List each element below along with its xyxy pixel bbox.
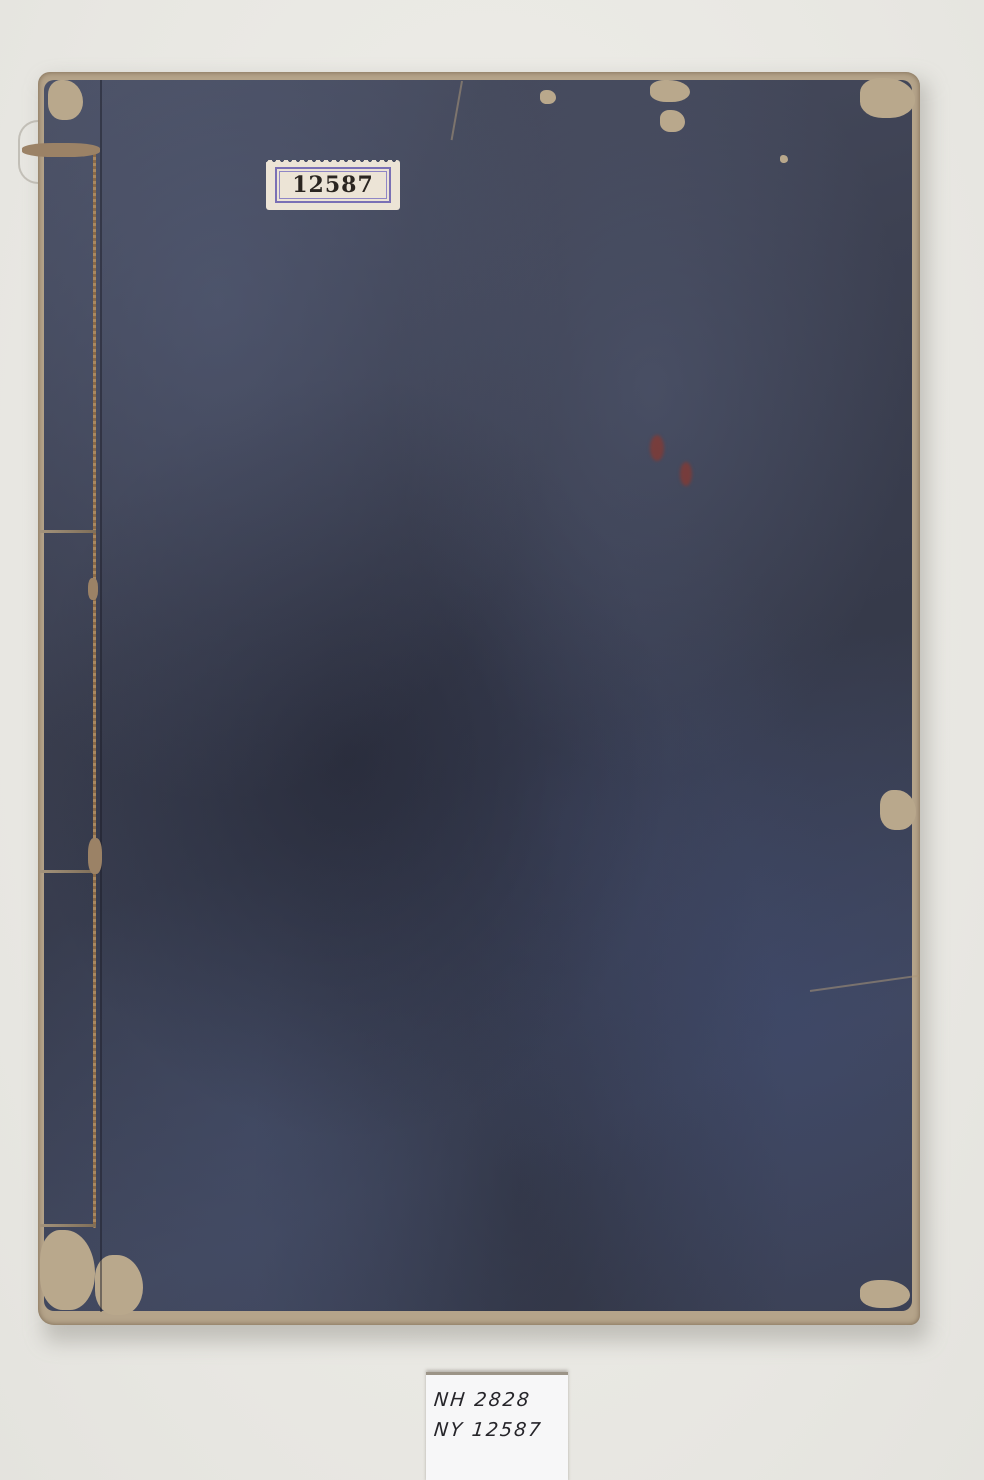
edge-wear [540, 90, 556, 104]
binding-thread [93, 148, 96, 1228]
edge-wear [860, 78, 915, 118]
binding-stitch [40, 870, 96, 873]
edge-wear [660, 110, 685, 132]
label-border: 12587 [275, 167, 391, 203]
edge-wear [860, 1280, 910, 1308]
binding-knot [88, 838, 102, 874]
slip-line-1: NH 2828 [433, 1389, 532, 1411]
edge-wear [880, 790, 916, 830]
label-number: 12587 [292, 172, 374, 198]
cover-number-label: 12587 [266, 160, 400, 210]
book [38, 72, 920, 1325]
edge-wear [780, 155, 788, 163]
binding-knot [88, 578, 98, 600]
catalog-slip: NH 2828 NY 12587 [426, 1372, 568, 1480]
binding-knot [22, 143, 100, 157]
red-stain [650, 435, 664, 461]
binding-stitch [40, 1224, 96, 1227]
slip-line-2: NY 12587 [433, 1419, 544, 1441]
book-cover [44, 80, 912, 1311]
edge-wear [650, 80, 690, 102]
red-stain [680, 462, 692, 486]
binding-stitch [40, 530, 96, 533]
